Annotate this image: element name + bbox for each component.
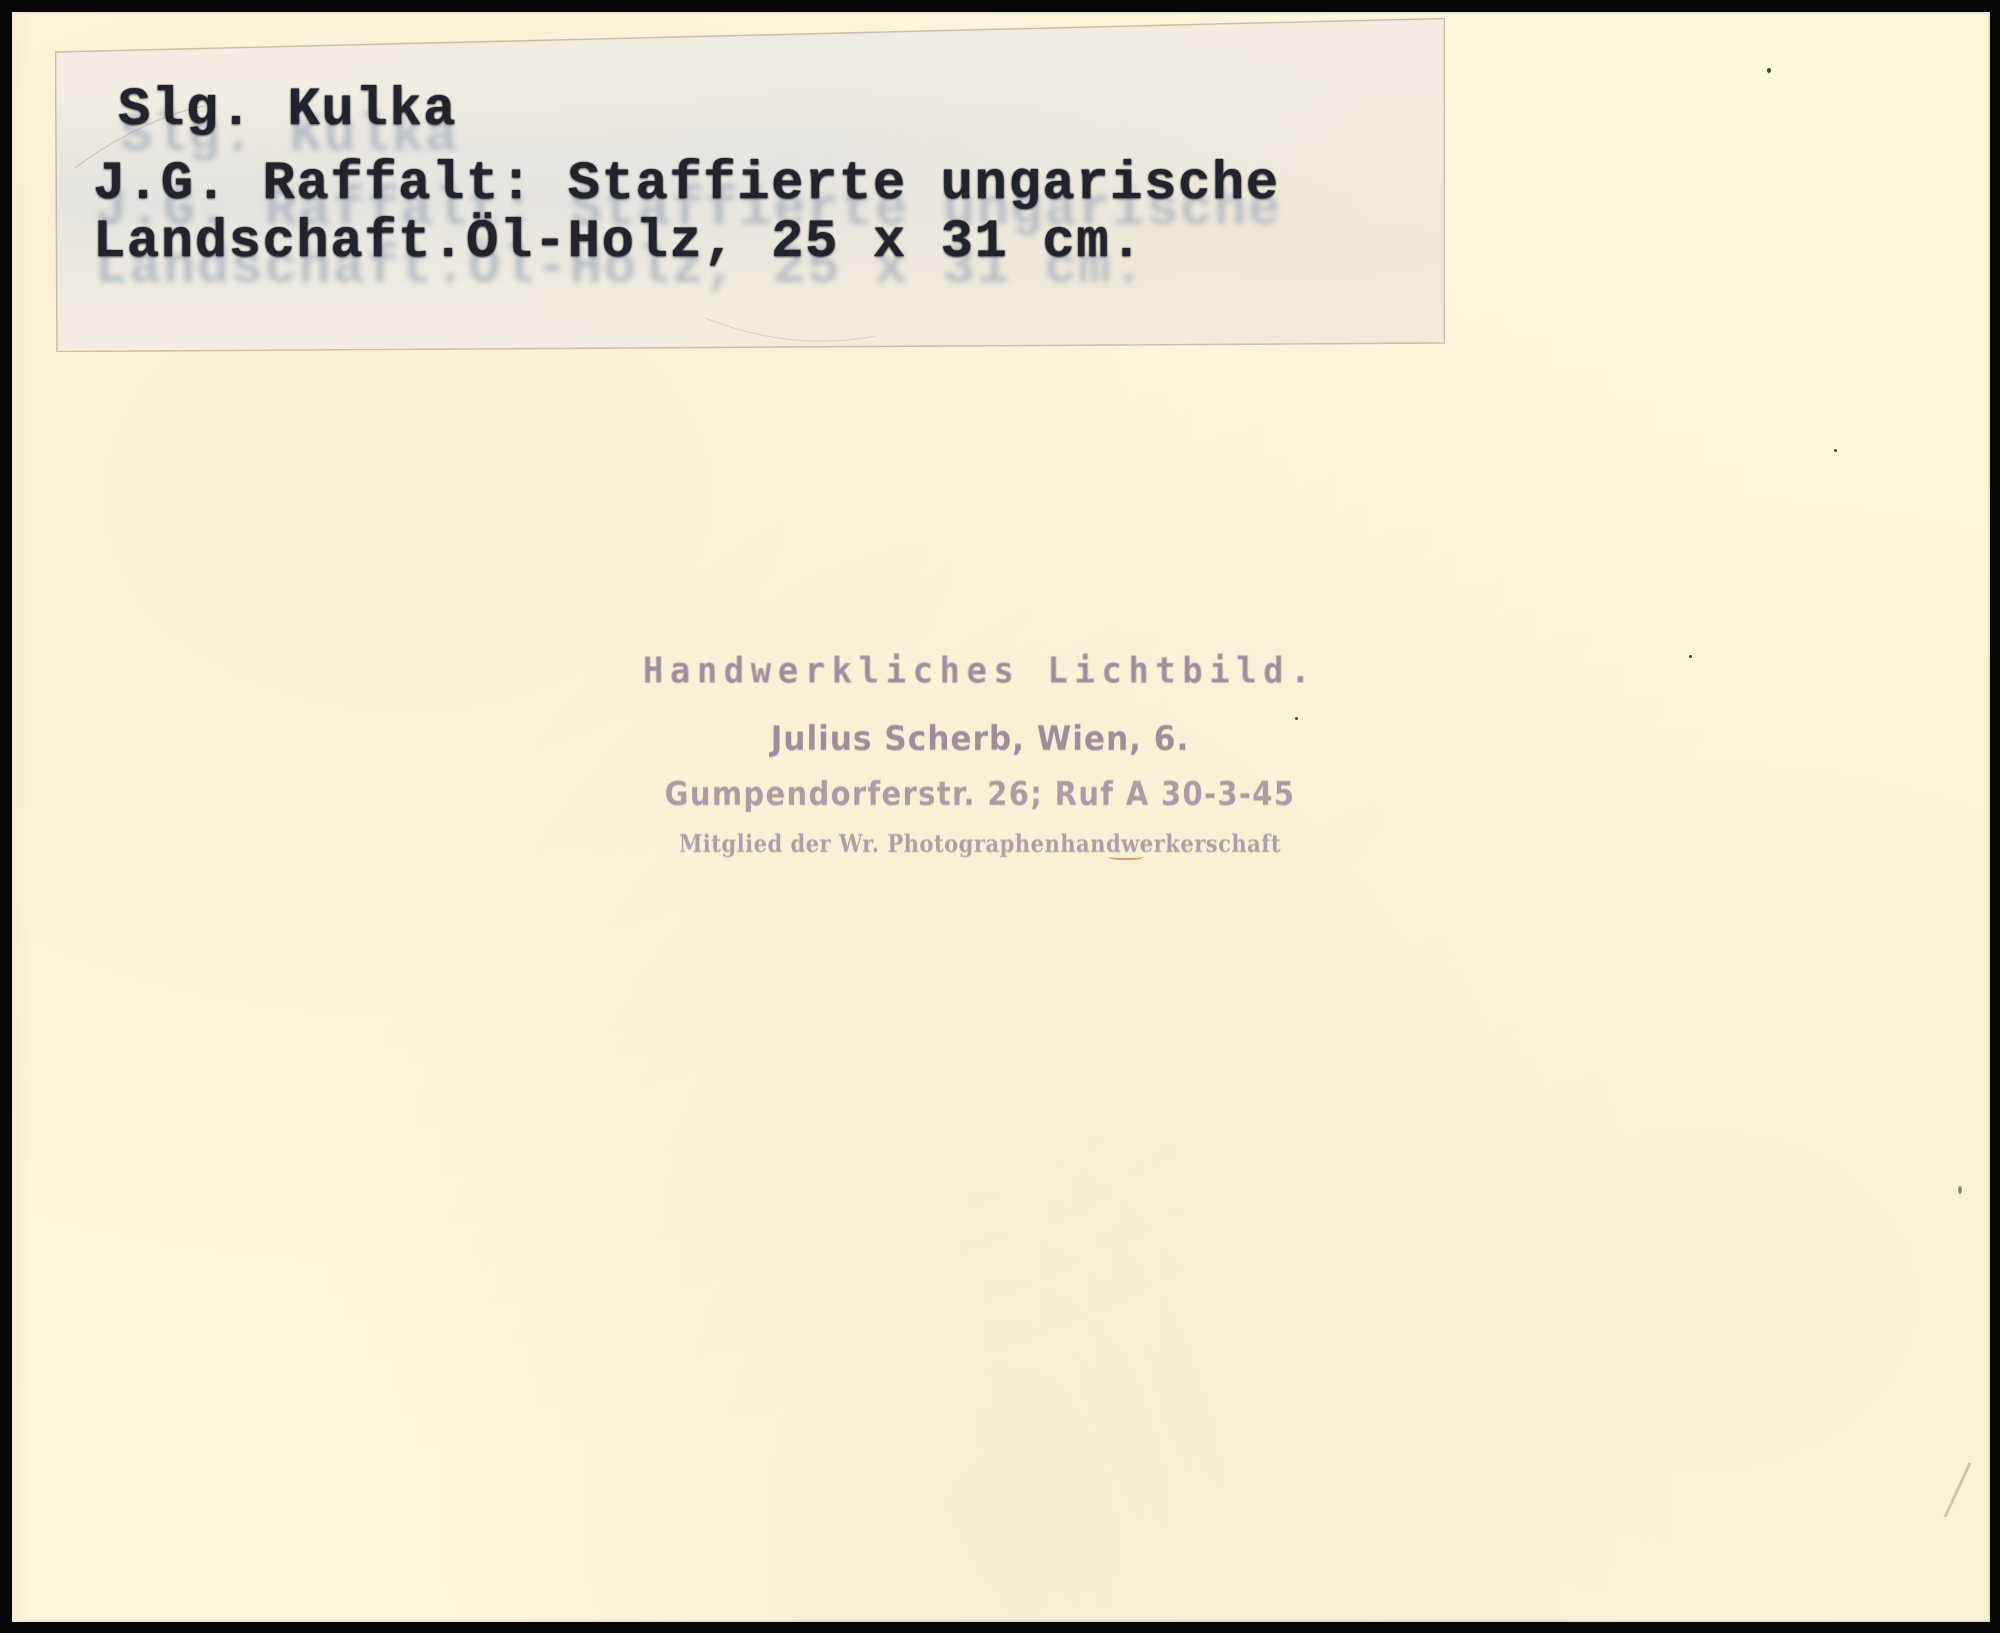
label-collection-line: Slg. Kulka <box>118 84 457 138</box>
paper-speck <box>1767 68 1771 73</box>
red-ink-mark <box>1108 852 1144 860</box>
scanned-document: Slg. Kulka J.G. Raffalt: Staffierte unga… <box>0 0 2000 1633</box>
stamp-photographer: Julius Scherb, Wien, 6. <box>78 722 1881 756</box>
stamp-address: Gumpendorferstr. 26; Ruf A 30-3-45 <box>118 777 1843 810</box>
stamp-membership: Mitglied der Wr. Photographenhandwerkers… <box>118 832 1843 856</box>
paper-speck <box>1958 1186 1962 1194</box>
paper-speck <box>1834 449 1837 452</box>
paper-speck <box>1295 717 1298 720</box>
stamp-heading: Handwerkliches Lichtbild. <box>0 653 1960 689</box>
card-edge-shading <box>12 12 30 1622</box>
label-artist-title-line: J.G. Raffalt: Staffierte ungarische <box>93 158 1280 212</box>
label-medium-size-line: Landschaft.Öl-Holz, 25 x 31 cm. <box>93 216 1144 270</box>
paper-speck <box>1689 655 1692 658</box>
